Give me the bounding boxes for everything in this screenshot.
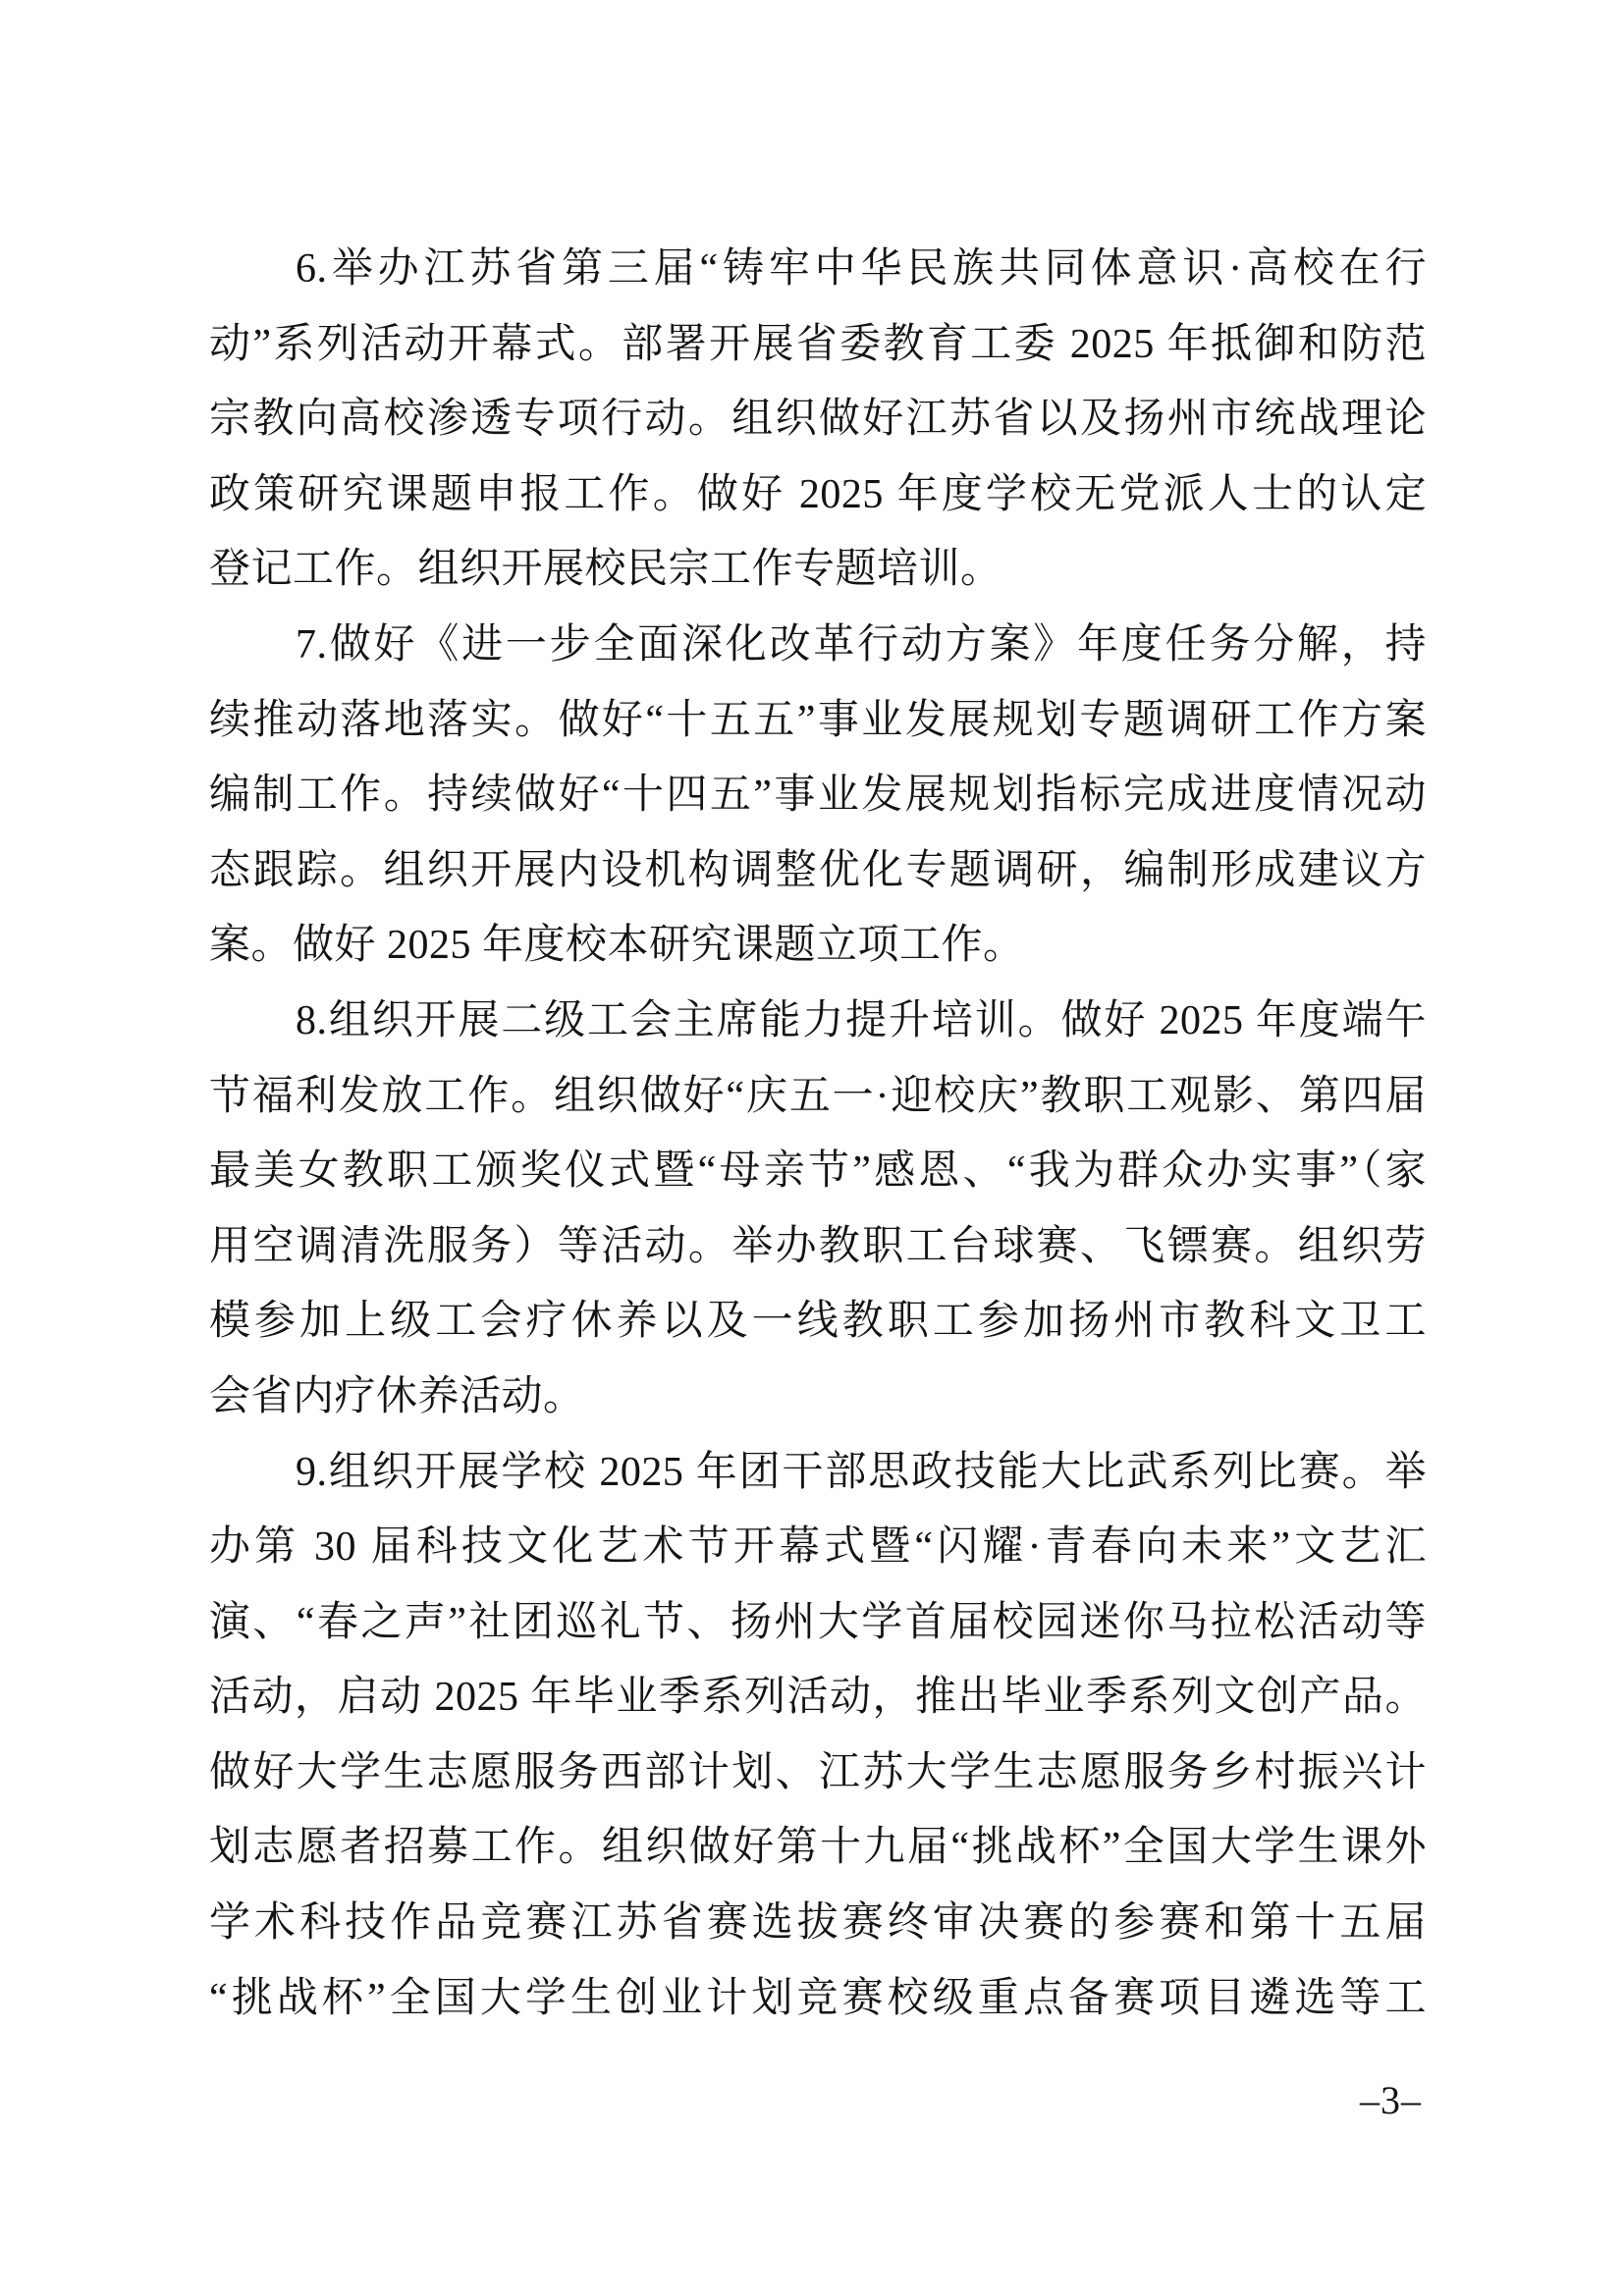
text-line-p9-5: 做好大学生志愿服务西部计划、江苏大学生志愿服务乡村振兴计	[209, 1735, 1427, 1811]
document-page: 6.举办江苏省第三届“铸牢中华民族共同体意识·高校在行动”系列活动开幕式。部署开…	[0, 0, 1624, 2296]
text-line-p6-2: 动”系列活动开幕式。部署开展省委教育工委 2025 年抵御和防范	[209, 307, 1427, 383]
text-line-p9-2: 办第 30 届科技文化艺术节开幕式暨“闪耀·青春向未来”文艺汇	[209, 1510, 1427, 1585]
text-line-p6-3: 宗教向高校渗透专项行动。组织做好江苏省以及扬州市统战理论	[209, 382, 1427, 457]
text-line-p9-3: 演、“春之声”社团巡礼节、扬州大学首届校园迷你马拉松活动等	[209, 1585, 1427, 1661]
text-line-p8-4: 用空调清洗服务）等活动。举办教职工台球赛、飞镖赛。组织劳	[209, 1209, 1427, 1285]
text-line-p6-1: 6.举办江苏省第三届“铸牢中华民族共同体意识·高校在行	[209, 232, 1427, 307]
text-line-p8-3: 最美女教职工颁奖仪式暨“母亲节”感恩、“我为群众办实事”（家	[209, 1134, 1427, 1209]
text-line-p7-3: 编制工作。持续做好“十四五”事业发展规划指标完成进度情况动	[209, 758, 1427, 833]
text-line-p7-2: 续推动落地落实。做好“十五五”事业发展规划专题调研工作方案	[209, 683, 1427, 759]
text-line-p9-4: 活动，启动 2025 年毕业季系列活动，推出毕业季系列文创产品。	[209, 1660, 1427, 1735]
text-line-p7-4: 态跟踪。组织开展内设机构调整优化专题调研，编制形成建议方	[209, 833, 1427, 909]
text-line-p9-8: “挑战杯”全国大学生创业计划竞赛校级重点备赛项目遴选等工	[209, 1961, 1427, 2037]
text-line-p6-4: 政策研究课题申报工作。做好 2025 年度学校无党派人士的认定	[209, 457, 1427, 533]
document-body: 6.举办江苏省第三届“铸牢中华民族共同体意识·高校在行动”系列活动开幕式。部署开…	[209, 232, 1427, 2036]
text-line-p6-5: 登记工作。组织开展校民宗工作专题培训。	[209, 532, 1427, 608]
text-line-p9-1: 9.组织开展学校 2025 年团干部思政技能大比武系列比赛。举	[209, 1435, 1427, 1511]
text-line-p7-1: 7.做好《进一步全面深化改革行动方案》年度任务分解，持	[209, 608, 1427, 683]
text-line-p8-1: 8.组织开展二级工会主席能力提升培训。做好 2025 年度端午	[209, 984, 1427, 1059]
page-number: –3–	[1360, 2077, 1422, 2124]
text-line-p8-6: 会省内疗休养活动。	[209, 1360, 1427, 1435]
text-line-p7-5: 案。做好 2025 年度校本研究课题立项工作。	[209, 908, 1427, 984]
text-line-p9-6: 划志愿者招募工作。组织做好第十九届“挑战杯”全国大学生课外	[209, 1810, 1427, 1886]
text-line-p8-2: 节福利发放工作。组织做好“庆五一·迎校庆”教职工观影、第四届	[209, 1059, 1427, 1135]
text-line-p8-5: 模参加上级工会疗休养以及一线教职工参加扬州市教科文卫工	[209, 1284, 1427, 1360]
text-line-p9-7: 学术科技作品竞赛江苏省赛选拔赛终审决赛的参赛和第十五届	[209, 1886, 1427, 1961]
